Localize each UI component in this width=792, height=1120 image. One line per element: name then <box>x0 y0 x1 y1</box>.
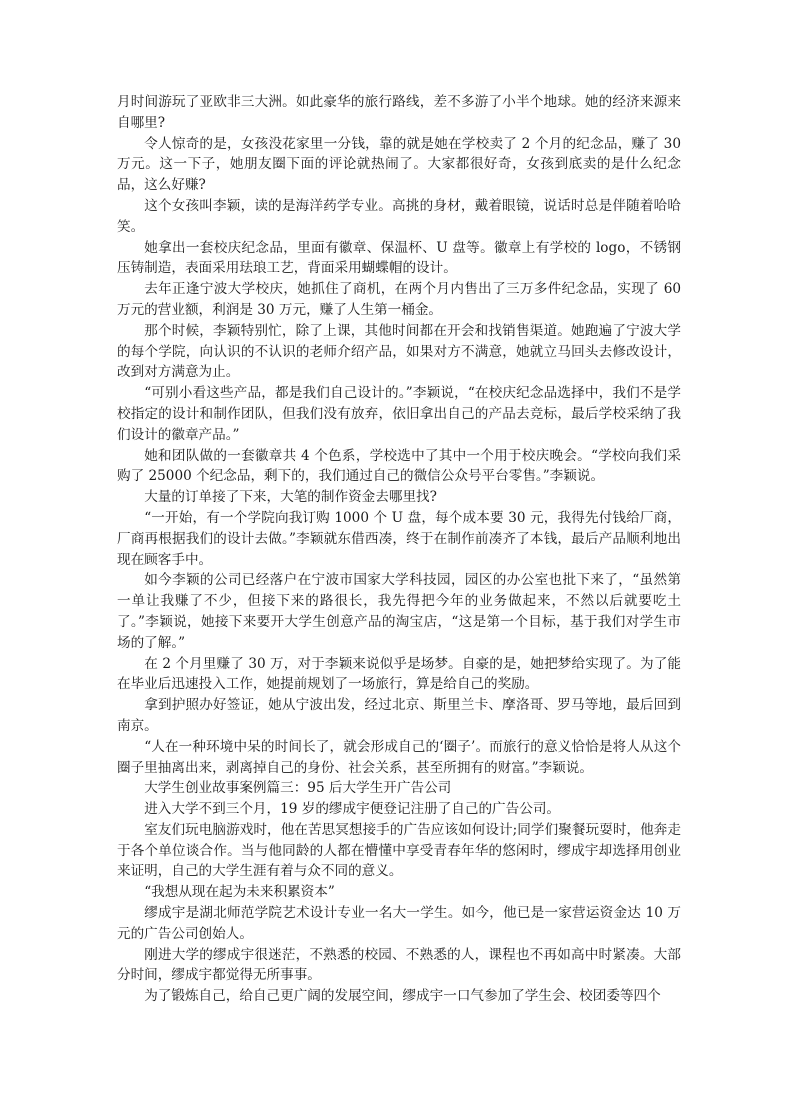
subheading-quote: “我想从现在起为未来积累资本” <box>117 882 681 903</box>
paragraph: 进入大学不到三个月，19 岁的缪成宇便登记注册了自己的广告公司。 <box>117 799 681 820</box>
paragraph: 刚进大学的缪成宇很迷茫，不熟悉的校园、不熟悉的人，课程也不再如高中时紧凑。大部分… <box>117 945 681 987</box>
paragraph: 令人惊奇的是，女孩没花家里一分钱，靠的就是她在学校卖了 2 个月的纪念品，赚了 … <box>117 134 681 196</box>
section-heading: 大学生创业故事案例篇三：95 后大学生开广告公司 <box>117 778 681 799</box>
paragraph: 在 2 个月里赚了 30 万，对于李颖来说似乎是场梦。自豪的是，她把梦给实现了。… <box>117 654 681 696</box>
paragraph: 室友们玩电脑游戏时，他在苦思冥想接手的广告应该如何设计;同学们聚餐玩耍时，他奔走… <box>117 820 681 882</box>
paragraph: 月时间游玩了亚欧非三大洲。如此豪华的旅行路线，差不多游了小半个地球。她的经济来源… <box>117 92 681 134</box>
paragraph: 大量的订单接了下来，大笔的制作资金去哪里找? <box>117 487 681 508</box>
paragraph: 如今李颖的公司已经落户在宁波市国家大学科技园，园区的办公室也批下来了，“虽然第一… <box>117 570 681 653</box>
document-page: 月时间游玩了亚欧非三大洲。如此豪华的旅行路线，差不多游了小半个地球。她的经济来源… <box>117 92 681 1007</box>
paragraph: “一开始，有一个学院向我订购 1000 个 U 盘，每个成本要 30 元，我得先… <box>117 508 681 570</box>
paragraph: “人在一种环境中呆的时间长了，就会形成自己的‘圈子’。而旅行的意义恰恰是将人从这… <box>117 737 681 779</box>
paragraph: 那个时候，李颖特别忙，除了上课，其他时间都在开会和找销售渠道。她跑遍了宁波大学的… <box>117 321 681 383</box>
paragraph: 去年正逢宁波大学校庆，她抓住了商机，在两个月内售出了三万多件纪念品，实现了 60… <box>117 279 681 321</box>
paragraph: 她拿出一套校庆纪念品，里面有徽章、保温杯、U 盘等。徽章上有学校的 logo，不… <box>117 238 681 280</box>
paragraph: “可别小看这些产品，都是我们自己设计的。”李颖说，“在校庆纪念品选择中，我们不是… <box>117 383 681 445</box>
paragraph: 这个女孩叫李颖，读的是海洋药学专业。高挑的身材，戴着眼镜，说话时总是伴随着哈哈笑… <box>117 196 681 238</box>
paragraph: 为了锻炼自己，给自己更广阔的发展空间，缪成宇一口气参加了学生会、校团委等四个 <box>117 986 681 1007</box>
paragraph: 缪成宇是湖北师范学院艺术设计专业一名大一学生。如今，他已是一家营运资金达 10 … <box>117 903 681 945</box>
paragraph: 拿到护照办好签证，她从宁波出发，经过北京、斯里兰卡、摩洛哥、罗马等地，最后回到南… <box>117 695 681 737</box>
paragraph: 她和团队做的一套徽章共 4 个色系，学校选中了其中一个用于校庆晚会。“学校向我们… <box>117 446 681 488</box>
